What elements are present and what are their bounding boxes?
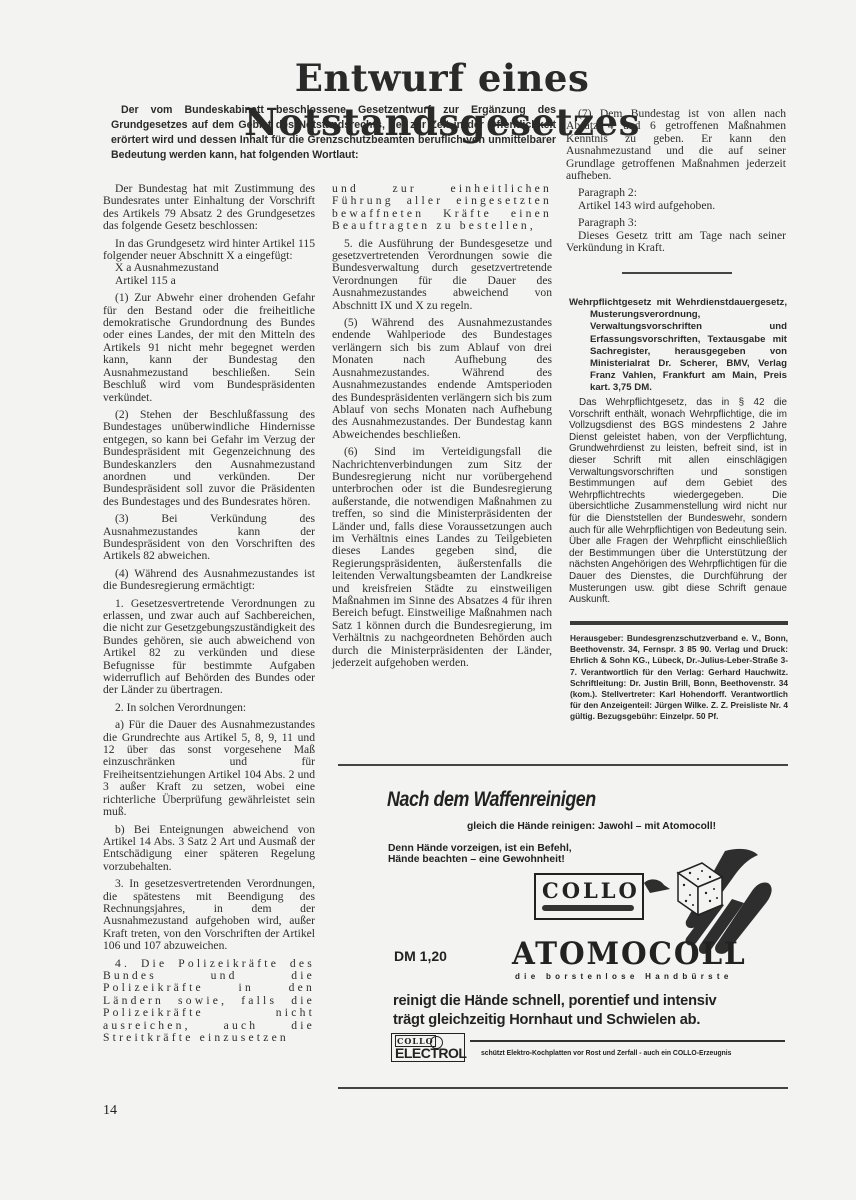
paragraph-3-text: Dieses Gesetz tritt am Tage nach seiner … bbox=[566, 230, 786, 255]
claim-line: trägt gleichzeitig Hornhaut und Schwiele… bbox=[393, 1011, 716, 1030]
paragraph: 4. Die Polizeikräfte des Bundes und die … bbox=[103, 958, 315, 1045]
paragraph: (3) Bei Verkündung des Ausnahmezustandes… bbox=[103, 513, 315, 563]
electrol-description: schützt Elektro-Kochplatten vor Rost und… bbox=[481, 1048, 731, 1057]
ad-bottom-rule bbox=[338, 1087, 788, 1089]
book-title: Wehrpflichtgesetz mit Wehrdienstdauerges… bbox=[569, 297, 787, 395]
intro-text: Der vom Bundeskabinett beschlossene Gese… bbox=[111, 103, 556, 163]
wave-icon bbox=[542, 905, 634, 911]
divider bbox=[470, 1040, 785, 1042]
paragraph: Der Bundestag hat mit Zustimmung des Bun… bbox=[103, 183, 315, 233]
paragraph: und zur einheitlichen Führung aller eing… bbox=[332, 183, 552, 233]
paragraph: (2) Stehen der Beschlußfassung des Bunde… bbox=[103, 409, 315, 508]
ad-subheadline: gleich die Hände reinigen: Jawohl – mit … bbox=[467, 821, 716, 832]
divider bbox=[622, 272, 732, 274]
electrol-logo: COLLO ELECTROL bbox=[391, 1033, 465, 1062]
slogan-line: Denn Hände vorzeigen, ist ein Befehl, bbox=[388, 843, 572, 854]
paragraph: (1) Zur Abwehr einer drohenden Gefahr fü… bbox=[103, 292, 315, 404]
ad-slogan: Denn Hände vorzeigen, ist ein Befehl, Hä… bbox=[388, 843, 572, 865]
slogan-line: Hände beachten – eine Gewohnheit! bbox=[388, 854, 572, 865]
divider bbox=[570, 621, 788, 625]
section-heading: X a Ausnahmezustand bbox=[103, 262, 315, 274]
ad-price: DM 1,20 bbox=[394, 948, 447, 964]
paragraph: (7) Dem Bundestag ist von allen nach Abs… bbox=[566, 108, 786, 182]
column-1: Der Bundestag hat mit Zustimmung des Bun… bbox=[103, 183, 315, 1049]
ad-claim: reinigt die Hände schnell, porentief und… bbox=[393, 992, 716, 1030]
collo-logo-text: COLLO bbox=[542, 878, 640, 903]
electrol-big-text: ELECTROL bbox=[395, 1045, 466, 1061]
paragraph: (6) Sind im Verteidigungsfall die Nachri… bbox=[332, 446, 552, 669]
ad-brand: ATOMOCOLL bbox=[512, 936, 747, 972]
impressum: Herausgeber: Bundesgrenzschutzverband e.… bbox=[570, 633, 788, 723]
paragraph: 2. In solchen Verordnungen: bbox=[103, 702, 315, 714]
page-number: 14 bbox=[103, 1103, 117, 1119]
paragraph-2-heading: Paragraph 2: bbox=[566, 187, 786, 199]
paragraph: b) Bei Enteignungen abweichend von Artik… bbox=[103, 824, 315, 874]
ad-brand-tagline: die borstenlose Handbürste bbox=[515, 972, 733, 981]
paragraph: In das Grundgesetz wird hinter Artikel 1… bbox=[103, 238, 315, 263]
intro-lead: Der vom Bundeskabinett beschlossene Gese… bbox=[111, 103, 556, 163]
collo-logo: COLLO bbox=[534, 873, 644, 920]
book-review-title: Wehrpflichtgesetz mit Wehrdienstdauerges… bbox=[569, 297, 787, 395]
column-2: und zur einheitlichen Führung aller eing… bbox=[332, 183, 552, 674]
paragraph: (5) Während des Ausnahmezustandes endend… bbox=[332, 317, 552, 441]
paragraph: 3. In gesetzesvertretenden Verordnungen,… bbox=[103, 878, 315, 952]
book-review-body: Das Wehrpflichtgesetz, das in § 42 die V… bbox=[569, 397, 787, 606]
paragraph-3-heading: Paragraph 3: bbox=[566, 217, 786, 229]
book-review-text: Das Wehrpflichtgesetz, das in § 42 die V… bbox=[569, 397, 787, 606]
paragraph: (4) Während des Ausnahmezustandes ist di… bbox=[103, 568, 315, 593]
ad-top-rule bbox=[338, 764, 788, 766]
paragraph: 5. die Ausführung der Bundesgesetze und … bbox=[332, 238, 552, 312]
paragraph-2-text: Artikel 143 wird aufgehoben. bbox=[566, 200, 786, 212]
claim-line: reinigt die Hände schnell, porentief und… bbox=[393, 992, 716, 1011]
article-heading: Artikel 115 a bbox=[103, 275, 315, 287]
paragraph: 1. Gesetzesvertretende Verordnungen zu e… bbox=[103, 598, 315, 697]
ad-headline: Nach dem Waffenreinigen bbox=[387, 788, 596, 812]
column-3: (7) Dem Bundestag ist von allen nach Abs… bbox=[566, 108, 786, 259]
paragraph: a) Für die Dauer des Ausnahmezustandes d… bbox=[103, 719, 315, 818]
